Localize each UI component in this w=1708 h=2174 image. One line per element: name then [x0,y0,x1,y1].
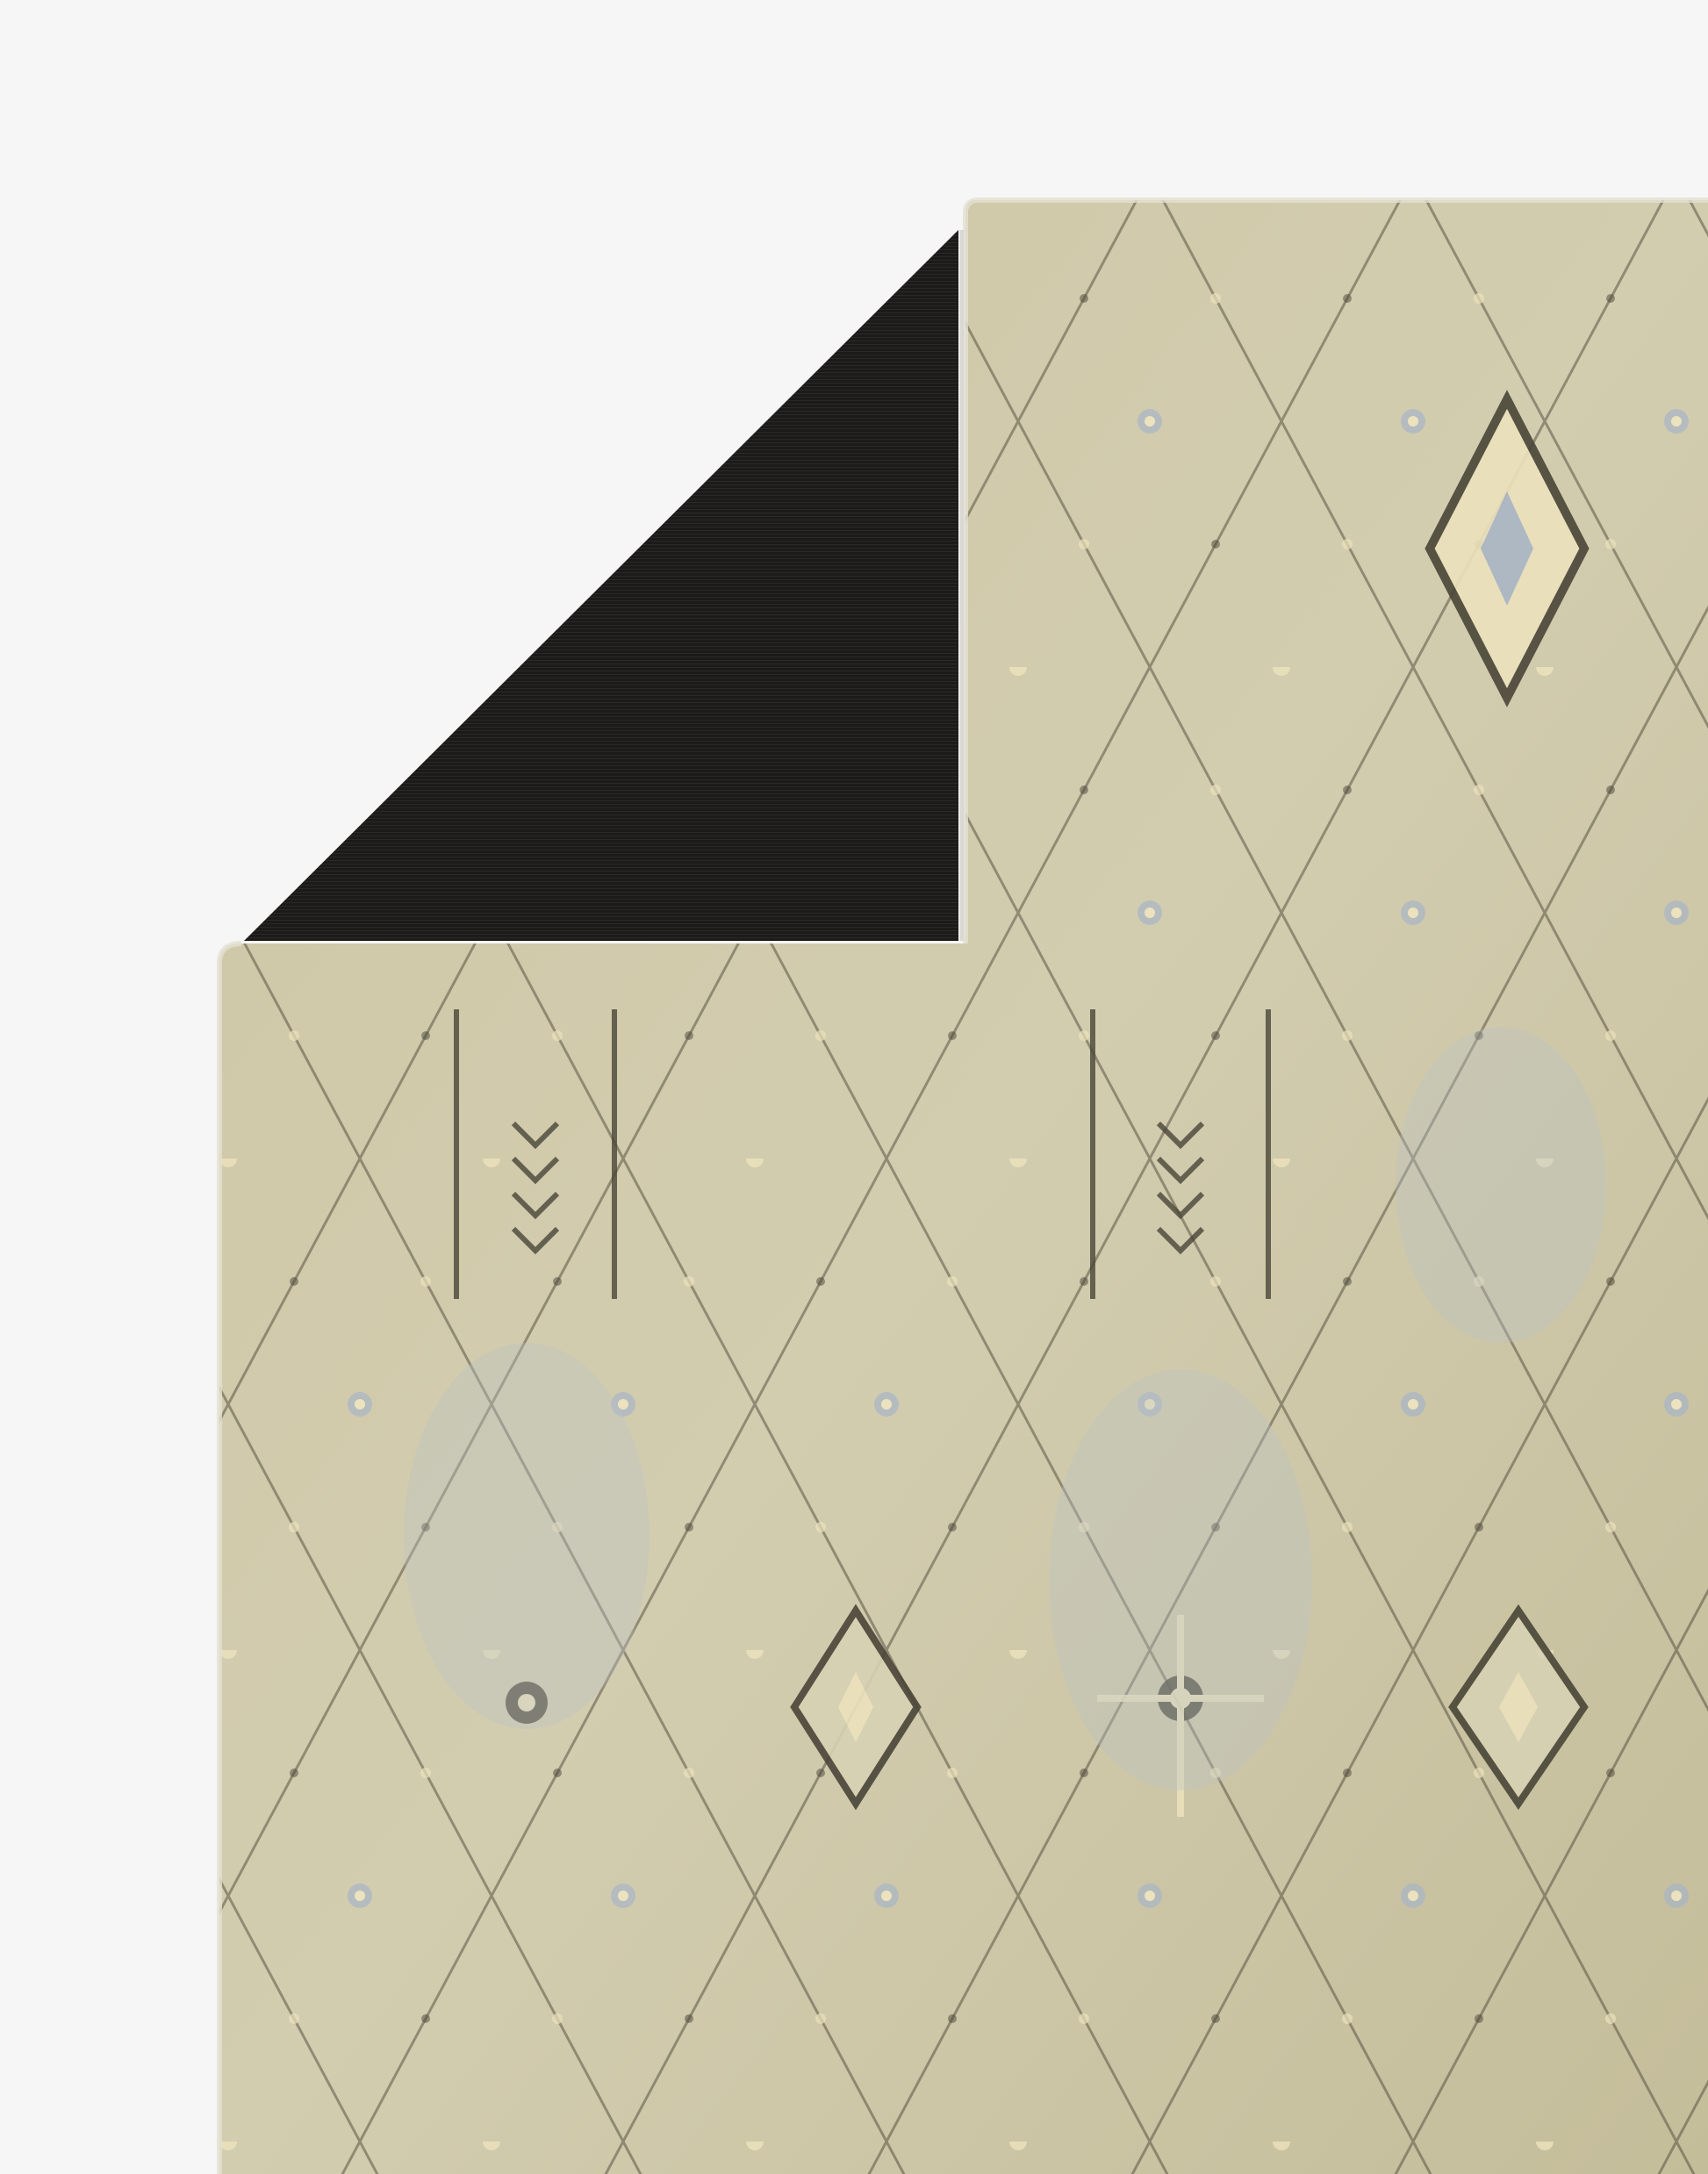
rug-illustration [0,0,1708,2174]
rug-backing-fold [244,230,958,941]
rug-photo [0,0,1708,2174]
